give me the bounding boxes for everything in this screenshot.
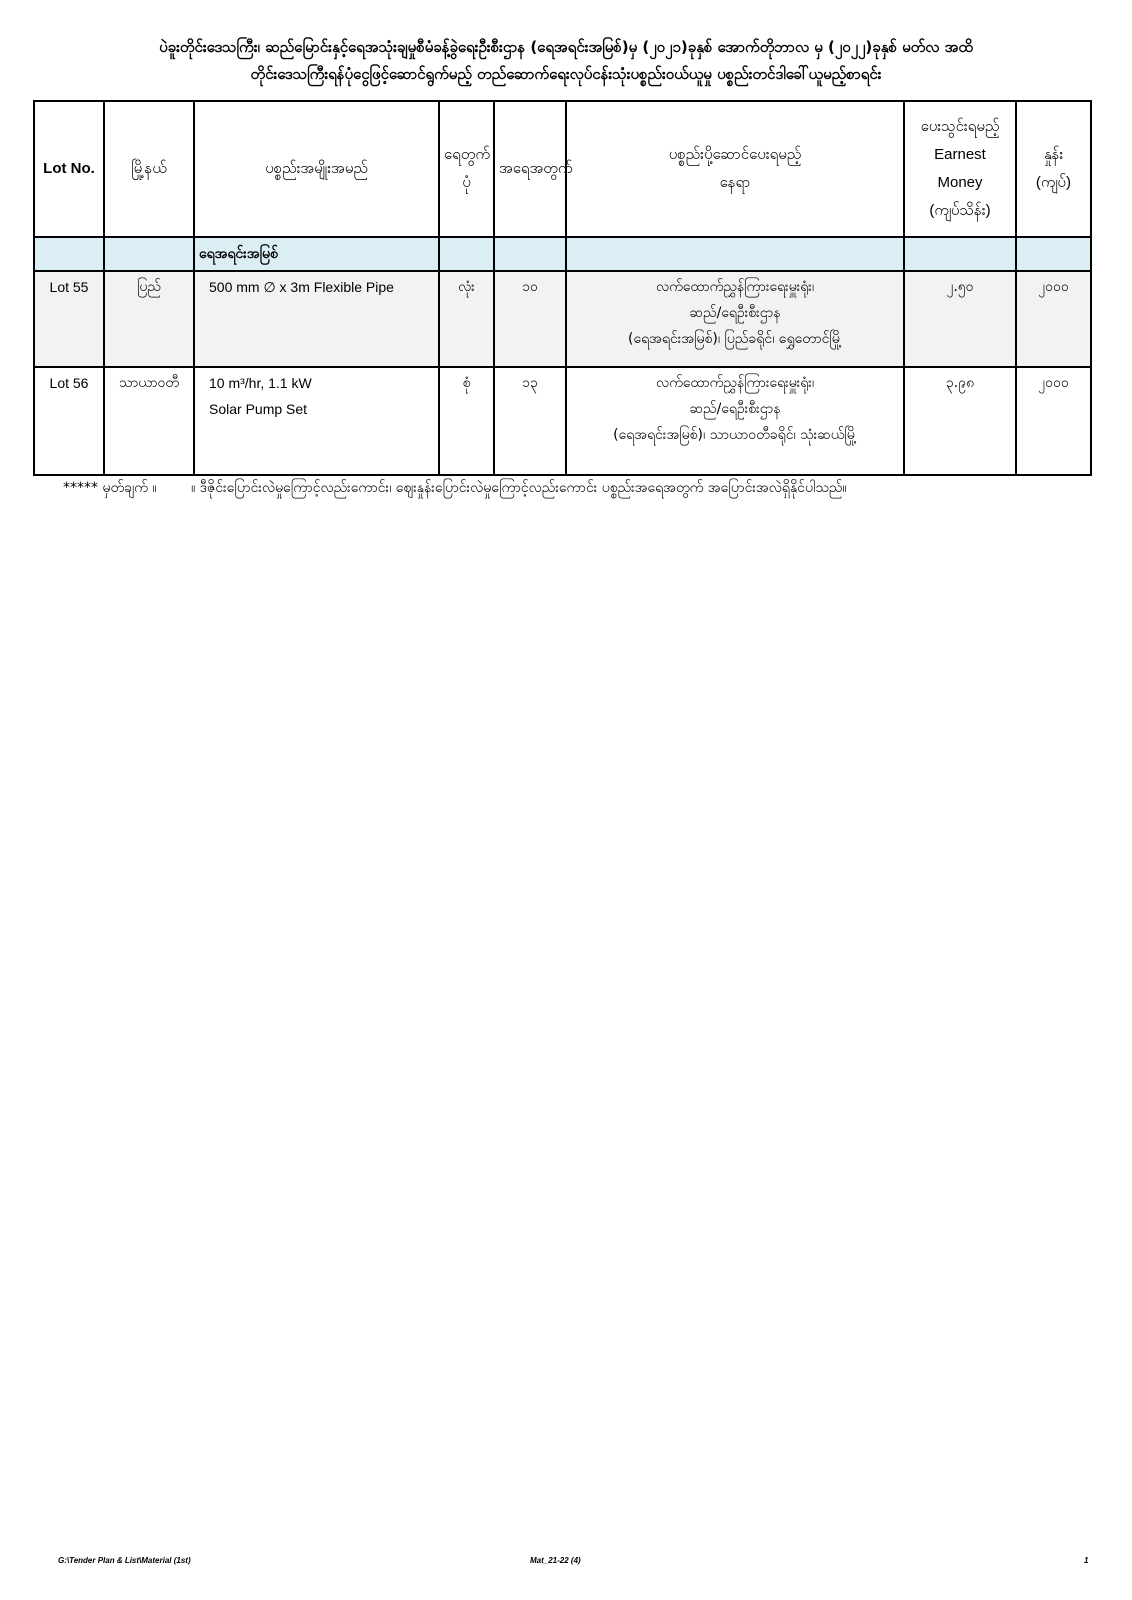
- section-cell-empty: [1016, 237, 1091, 271]
- header-item-type: ပစ္စည်းအမျိုးအမည်: [194, 101, 439, 237]
- delivery-place: လက်ထောက်ညွှန်ကြားရေးမှူးရုံး၊ ဆည်/ရေဦးစီ…: [566, 367, 904, 475]
- table-row: Lot 55 ပြည် 500 mm ∅ x 3m Flexible Pipe …: [34, 271, 1091, 367]
- table-row: Lot 56 သာယာဝတီ 10 m³/hr, 1.1 kW Solar Pu…: [34, 367, 1091, 475]
- delivery-place: လက်ထောက်ညွှန်ကြားရေးမှူးရုံး၊ ဆည်/ရေဦးစီ…: [566, 271, 904, 367]
- delivery-line-1: လက်ထောက်ညွှန်ကြားရေးမှူးရုံး၊: [571, 274, 899, 300]
- table-header-row: Lot No. မြို့နယ် ပစ္စည်းအမျိုးအမည် ရေတွက…: [34, 101, 1091, 237]
- header-lot-no: Lot No.: [34, 101, 104, 237]
- header-form-fee: နှုန်း (ကျပ်): [1016, 101, 1091, 237]
- footer-page-number: 1: [1084, 1556, 1088, 1565]
- township: ပြည်: [104, 271, 194, 367]
- delivery-line-3: (ရေအရင်းအမြစ်)၊ ပြည်ခရိုင်၊ ရွှေတောင်မြိ…: [571, 326, 899, 352]
- item-description: 10 m³/hr, 1.1 kW Solar Pump Set: [194, 367, 439, 475]
- footer-sheet-name: Mat_21-22 (4): [530, 1556, 581, 1565]
- form-fee: ၂၀၀၀: [1016, 367, 1091, 475]
- township: သာယာဝတီ: [104, 367, 194, 475]
- section-cell-empty: [439, 237, 494, 271]
- header-delivery-place: ပစ္စည်းပို့ဆောင်ပေးရမည့် နေရာ: [566, 101, 904, 237]
- section-cell-empty: [104, 237, 194, 271]
- header-fee-line-2: (ကျပ်): [1021, 169, 1086, 197]
- section-row: ရေအရင်းအမြစ်: [34, 237, 1091, 271]
- delivery-line-1: လက်ထောက်ညွှန်ကြားရေးမှူးရုံး၊: [571, 370, 899, 396]
- form-fee: ၂၀၀၀: [1016, 271, 1091, 367]
- header-township: မြို့နယ်: [104, 101, 194, 237]
- tender-table: Lot No. မြို့နယ် ပစ္စည်းအမျိုးအမည် ရေတွက…: [33, 100, 1092, 476]
- quantity: ၁၀: [494, 271, 566, 367]
- header-fee-line-1: နှုန်း: [1021, 141, 1086, 169]
- unit: စုံ: [439, 367, 494, 475]
- header-delivery-line-1: ပစ္စည်းပို့ဆောင်ပေးရမည့်: [571, 141, 899, 169]
- lot-number: Lot 56: [34, 367, 104, 475]
- earnest-money: ၃.၉၈: [904, 367, 1016, 475]
- item-line-1: 500 mm ∅ x 3m Flexible Pipe: [209, 274, 434, 300]
- earnest-money: ၂.၅၀: [904, 271, 1016, 367]
- item-description: 500 mm ∅ x 3m Flexible Pipe: [194, 271, 439, 367]
- header-quantity: အရေအတွက်: [494, 101, 566, 237]
- header-delivery-line-2: နေရာ: [571, 169, 899, 197]
- item-line-2: Solar Pump Set: [209, 396, 434, 422]
- footer-file-path: G:\Tender Plan & List\Material (1st): [58, 1556, 191, 1565]
- header-earnest-money: ပေးသွင်းရမည့် Earnest Money (ကျပ်သိန်း): [904, 101, 1016, 237]
- header-unit: ရေတွက်ပုံ: [439, 101, 494, 237]
- remark: ***** မှတ်ချက် ။ ။ ဒီဇိုင်းပြောင်းလဲမှုက…: [33, 478, 1090, 499]
- section-cell-empty: [494, 237, 566, 271]
- delivery-line-3: (ရေအရင်းအမြစ်)၊ သာယာဝတီခရိုင်၊ သုံးဆယ်မြ…: [571, 422, 899, 448]
- section-label: ရေအရင်းအမြစ်: [194, 237, 439, 271]
- section-cell-empty: [566, 237, 904, 271]
- remark-text: ။ ဒီဇိုင်းပြောင်းလဲမှုကြောင့်လည်းကောင်း၊…: [191, 478, 847, 499]
- header-earnest-line-3: Money: [909, 169, 1011, 197]
- section-cell-empty: [34, 237, 104, 271]
- document-title: ပဲခူးတိုင်းဒေသကြီး၊ ဆည်မြောင်းနှင့်ရေအသု…: [40, 34, 1092, 88]
- header-earnest-line-4: (ကျပ်သိန်း): [909, 197, 1011, 225]
- lot-number: Lot 55: [34, 271, 104, 367]
- delivery-line-2: ဆည်/ရေဦးစီးဌာန: [571, 396, 899, 422]
- unit: လုံး: [439, 271, 494, 367]
- delivery-line-2: ဆည်/ရေဦးစီးဌာန: [571, 300, 899, 326]
- section-cell-empty: [904, 237, 1016, 271]
- item-line-1: 10 m³/hr, 1.1 kW: [209, 370, 434, 396]
- header-earnest-line-1: ပေးသွင်းရမည့်: [909, 113, 1011, 141]
- quantity: ၁၃: [494, 367, 566, 475]
- title-line-1: ပဲခူးတိုင်းဒေသကြီး၊ ဆည်မြောင်းနှင့်ရေအသု…: [40, 34, 1092, 61]
- header-earnest-line-2: Earnest: [909, 141, 1011, 169]
- remark-label: ***** မှတ်ချက် ။: [63, 478, 157, 499]
- title-line-2: တိုင်းဒေသကြီးရန်ပုံငွေဖြင့်ဆောင်ရွက်မည့်…: [40, 61, 1092, 88]
